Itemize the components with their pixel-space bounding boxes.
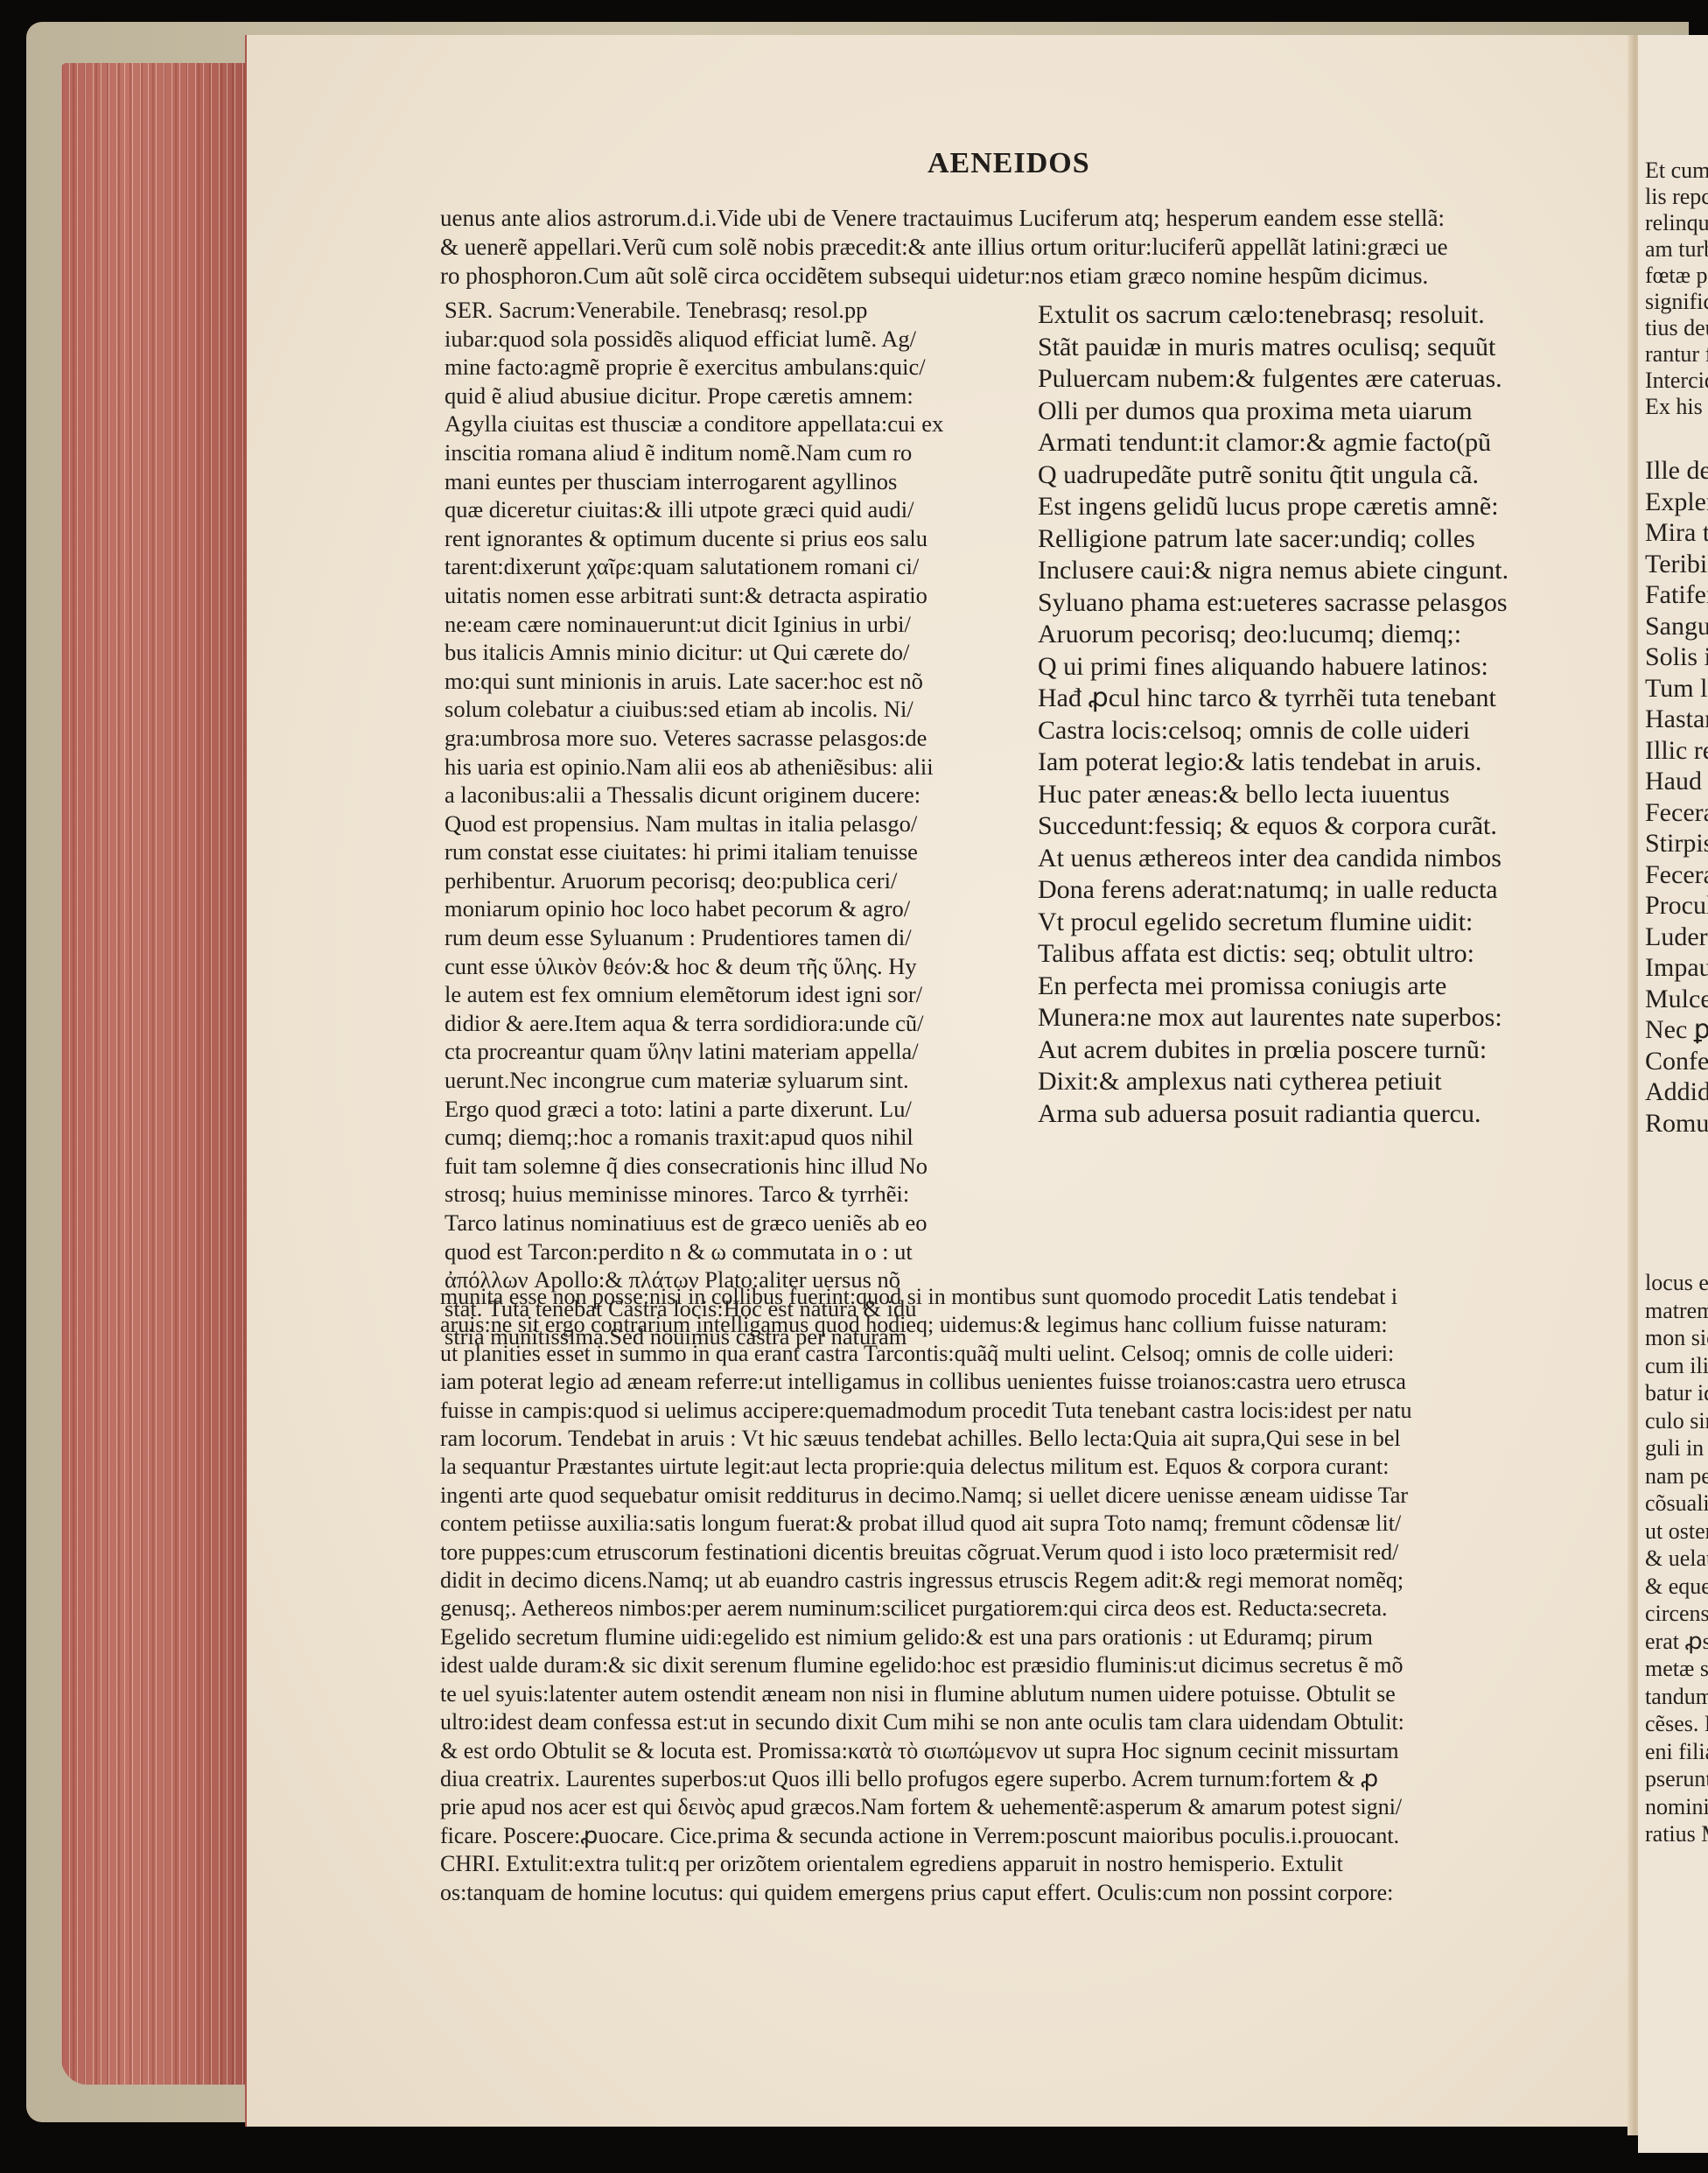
verse-line: Syluano phama est:ueteres sacrasse pelas… bbox=[1038, 587, 1615, 620]
commentary-line: rent ignorantes & optimum ducente si pri… bbox=[444, 524, 1039, 553]
facing-page-line: cõsualibu bbox=[1645, 1490, 1708, 1518]
commentary-line: & est ordo Obtulit se & locuta est. Prom… bbox=[440, 1737, 1617, 1765]
top-commentary-line: & uenerẽ appellari.Verũ cum solẽ nobis p… bbox=[440, 233, 1613, 262]
facing-page-line: guli in su bbox=[1645, 1434, 1708, 1462]
verse-line: Aut acrem dubites in prœlia poscere turn… bbox=[1038, 1034, 1615, 1067]
facing-page-line: nam pert bbox=[1645, 1462, 1708, 1490]
facing-page-line: erat ꝓsen bbox=[1645, 1628, 1708, 1656]
facing-page-line: Nec ꝑo bbox=[1645, 1014, 1708, 1046]
commentary-line: genusq;. Aethereos nimbos:per aerem numi… bbox=[440, 1595, 1617, 1623]
commentary-line: cumq; diemq;:hoc a romanis traxit:apud q… bbox=[444, 1123, 1039, 1152]
facing-page-line: metæ sur bbox=[1645, 1655, 1708, 1683]
facing-page-line: Ludere bbox=[1645, 922, 1708, 953]
commentary-line: SER. Sacrum:Venerabile. Tenebrasq; resol… bbox=[444, 296, 1039, 325]
facing-page-line: relinque bbox=[1645, 210, 1708, 236]
facing-page-line: Tum le bbox=[1645, 673, 1708, 704]
verse-line: Dixit:& amplexus nati cytherea petiuit bbox=[1038, 1066, 1615, 1098]
facing-page-line: Teribil bbox=[1645, 549, 1708, 580]
commentary-line: ne:eam cære nominauerunt:ut dicit Iginiu… bbox=[444, 610, 1039, 639]
commentary-line: perhibentur. Aruorum pecorisq; deo:publi… bbox=[444, 866, 1039, 895]
commentary-line: ut planities esset in summo in qua erant… bbox=[440, 1340, 1617, 1368]
verse-line: Dona ferens aderat:natumq; in ualle redu… bbox=[1038, 874, 1615, 907]
facing-page-line: Fecerat bbox=[1645, 797, 1708, 829]
commentary-line: tore puppes:cum etruscorum festinationi … bbox=[440, 1539, 1617, 1567]
commentary-line: uerunt.Nec incongrue cum materiæ syluaru… bbox=[444, 1066, 1039, 1095]
commentary-line: iubar:quod sola possidẽs aliquod efficia… bbox=[444, 325, 1039, 354]
facing-page-line: Hastan bbox=[1645, 704, 1708, 735]
facing-page-line: cum iliac bbox=[1645, 1352, 1708, 1380]
verse-line: Est ingens gelidũ lucus prope cæretis am… bbox=[1038, 491, 1615, 523]
verse-line: Q ui primi fines aliquando habuere latin… bbox=[1038, 651, 1615, 683]
facing-page-line: ratius M bbox=[1645, 1820, 1708, 1848]
facing-page-line: Intercide bbox=[1645, 368, 1708, 394]
facing-page-line: ut ostend bbox=[1645, 1518, 1708, 1546]
commentary-line: solum colebatur a ciuibus:sed etiam ab i… bbox=[444, 695, 1039, 724]
commentary-line: bus italicis Amnis minio dicitur: ut Qui… bbox=[444, 638, 1039, 667]
commentary-line: a laconibus:alii a Thessalis dicunt orig… bbox=[444, 781, 1039, 810]
verse-line: At uenus æthereos inter dea candida nimb… bbox=[1038, 843, 1615, 875]
commentary-line: Agylla ciuitas est thusciæ a conditore a… bbox=[444, 410, 1039, 438]
commentary-line: fuit tam solemne q̃ dies consecrationis … bbox=[444, 1152, 1039, 1181]
facing-page-top-prose: Et cumlis repcurelinqueam turbfœtæ posig… bbox=[1645, 158, 1708, 420]
commentary-line: his uaria est opinio.Nam alii eos ab ath… bbox=[444, 753, 1039, 782]
facing-page-line: Illic res bbox=[1645, 735, 1708, 767]
commentary-line: cunt esse ὑλικὸν θεόν:& hoc & deum τῆς ὕ… bbox=[444, 952, 1039, 981]
facing-page-line: locus enr bbox=[1645, 1269, 1708, 1297]
commentary-line: munita esse non posse:nisi in collibus f… bbox=[440, 1283, 1617, 1311]
commentary-line: inscitia romana aliud ẽ inditum nomẽ.Nam… bbox=[444, 438, 1039, 467]
commentary-line: fuisse in campis:quod si uelimus acciper… bbox=[440, 1397, 1617, 1425]
commentary-line: ram locorum. Tendebat in aruis : Vt hic … bbox=[440, 1425, 1617, 1453]
facing-page-line: batur ide bbox=[1645, 1379, 1708, 1407]
facing-page-line: Ex his ap bbox=[1645, 394, 1708, 420]
commentary-line: moniarum opinio hoc loco habet pecorum &… bbox=[444, 894, 1039, 923]
facing-page-line: Ille dea bbox=[1645, 455, 1708, 487]
commentary-line: gra:umbrosa more suo. Veteres sacrasse p… bbox=[444, 724, 1039, 753]
facing-page-line: Fatiferu bbox=[1645, 579, 1708, 611]
facing-page-bottom-prose: locus enrmatrem:mon sic ccum iliacbatur … bbox=[1645, 1269, 1708, 1848]
commentary-line: didior & aere.Item aqua & terra sordidio… bbox=[444, 1009, 1039, 1038]
facing-page-line: eni filias bbox=[1645, 1738, 1708, 1766]
verse-column: Extulit os sacrum cælo:tenebrasq; resolu… bbox=[1038, 299, 1615, 1130]
commentary-line: te uel syuis:latenter autem ostendit æne… bbox=[440, 1680, 1617, 1708]
facing-page-line: cẽses. R bbox=[1645, 1710, 1708, 1738]
verse-line: Arma sub aduersa posuit radiantia quercu… bbox=[1038, 1098, 1615, 1131]
verse-line: Huc pater æneas:& bello lecta iuuentus bbox=[1038, 779, 1615, 811]
facing-page-line: Fecerat bbox=[1645, 859, 1708, 891]
verse-line: Olli per dumos qua proxima meta uiarum bbox=[1038, 396, 1615, 428]
facing-page-line: Confest bbox=[1645, 1046, 1708, 1077]
running-head: AENEIDOS bbox=[927, 147, 1090, 180]
top-commentary-line: uenus ante alios astrorum.d.i.Vide ubi d… bbox=[440, 204, 1613, 233]
verse-line: Munera:ne mox aut laurentes nate superbo… bbox=[1038, 1002, 1615, 1034]
commentary-line: quid ẽ aliud abusiue dicitur. Prope cære… bbox=[444, 382, 1039, 410]
commentary-line: diua creatrix. Laurentes superbos:ut Quo… bbox=[440, 1765, 1617, 1793]
facing-page-line: Mira tu bbox=[1645, 517, 1708, 549]
facing-page-line: culo sine bbox=[1645, 1407, 1708, 1435]
commentary-line: CHRI. Extulit:extra tulit:q per orizõtem… bbox=[440, 1850, 1617, 1878]
facing-page-line: am turb bbox=[1645, 236, 1708, 263]
verse-line: Aruorum pecorisq; deo:lucumq; diemq;: bbox=[1038, 619, 1615, 651]
facing-page-line: pserunt:c bbox=[1645, 1765, 1708, 1793]
commentary-line: mine facto:agmẽ proprie ẽ exercitus ambu… bbox=[444, 353, 1039, 382]
facing-page-line: Procul bbox=[1645, 890, 1708, 922]
commentary-line: quæ diceretur ciuitas:& illi utpote græc… bbox=[444, 495, 1039, 524]
verse-line: Inclusere caui:& nigra nemus abiete cing… bbox=[1038, 555, 1615, 587]
facing-page-line: tius deu bbox=[1645, 315, 1708, 341]
commentary-line: le autem est fex omnium elemẽtorum idest… bbox=[444, 980, 1039, 1009]
commentary-line: strosq; huius meminisse minores. Tarco &… bbox=[444, 1180, 1039, 1209]
commentary-line: uitatis nomen esse arbitrati sunt:& detr… bbox=[444, 581, 1039, 610]
commentary-line: quod est Tarcon:perdito n & ω commutata … bbox=[444, 1237, 1039, 1266]
verse-line: Iam poterat legio:& latis tendebat in ar… bbox=[1038, 747, 1615, 779]
facing-page-line: & uelata bbox=[1645, 1545, 1708, 1573]
commentary-line: contem petiisse auxilia:satis longum fue… bbox=[440, 1510, 1617, 1538]
verse-line: Q uadrupedãte putrẽ sonitu q̃tit ungula … bbox=[1038, 459, 1615, 492]
commentary-line: Egelido secretum flumine uidi:egelido es… bbox=[440, 1623, 1617, 1651]
verse-line: Stãt pauidæ in muris matres oculisq; seq… bbox=[1038, 332, 1615, 364]
facing-page-line: rantur fi bbox=[1645, 341, 1708, 368]
commentary-line: aruis:ne sit ergo contrarium intelligamu… bbox=[440, 1311, 1617, 1339]
commentary-line: os:tanquam de homine locutus: qui quidem… bbox=[440, 1879, 1617, 1907]
bottom-commentary: munita esse non posse:nisi in collibus f… bbox=[440, 1283, 1617, 1907]
facing-page-line: Addide bbox=[1645, 1076, 1708, 1108]
verse-line: Armati tendunt:it clamor:& agmie facto(p… bbox=[1038, 427, 1615, 459]
facing-page-line: Impau bbox=[1645, 952, 1708, 984]
facing-page-line: & eques bbox=[1645, 1573, 1708, 1601]
commentary-line: mo:qui sunt minionis in aruis. Late sace… bbox=[444, 667, 1039, 696]
facing-page-line: Solis in bbox=[1645, 641, 1708, 673]
facing-page-line: nominib bbox=[1645, 1793, 1708, 1821]
verse-line: Extulit os sacrum cælo:tenebrasq; resolu… bbox=[1038, 299, 1615, 332]
facing-page-line: circensib bbox=[1645, 1600, 1708, 1628]
verse-line: Hađ ꝓcul hinc tarco & tyrrhẽi tuta teneb… bbox=[1038, 683, 1615, 715]
facing-page-line: Romul bbox=[1645, 1108, 1708, 1139]
commentary-line: iam poterat legio ad æneam referre:ut in… bbox=[440, 1368, 1617, 1396]
commentary-line: cta procreantur quam ὕλην latini materia… bbox=[444, 1037, 1039, 1066]
facing-page-line: lis repcu bbox=[1645, 184, 1708, 210]
facing-page-line: Stirpis bbox=[1645, 828, 1708, 859]
commentary-line: ultro:idest deam confessa est:ut in secu… bbox=[440, 1708, 1617, 1736]
facing-page-line: significã bbox=[1645, 289, 1708, 315]
commentary-line: Quod est propensius. Nam multas in itali… bbox=[444, 810, 1039, 838]
facing-page-line: matrem: bbox=[1645, 1297, 1708, 1325]
facing-page-line: Expler bbox=[1645, 487, 1708, 518]
commentary-line: ficare. Poscere:ꝓuocare. Cice.prima & se… bbox=[440, 1822, 1617, 1850]
verse-line: Vt procul egelido secretum flumine uidit… bbox=[1038, 907, 1615, 939]
commentary-column: SER. Sacrum:Venerabile. Tenebrasq; resol… bbox=[444, 296, 1039, 1351]
commentary-line: rum constat esse ciuitates: hi primi ita… bbox=[444, 838, 1039, 866]
verse-line: Castra locis:celsoq; omnis de colle uide… bbox=[1038, 715, 1615, 747]
verse-line: En perfecta mei promissa coniugis arte bbox=[1038, 971, 1615, 1003]
facing-page-line: tandum bbox=[1645, 1683, 1708, 1711]
red-page-edges bbox=[61, 63, 245, 2085]
top-commentary-line: ro phosphoron.Cum aũt solẽ circa occidẽt… bbox=[440, 262, 1613, 291]
facing-page-line: fœtæ po bbox=[1645, 263, 1708, 289]
commentary-line: Tarco latinus nominatiuus est de græco u… bbox=[444, 1209, 1039, 1237]
commentary-line: mani euntes per thusciam interrogarent a… bbox=[444, 467, 1039, 496]
facing-page-verse: Ille deaExplerMira tuTeribilFatiferuSang… bbox=[1645, 455, 1708, 1139]
commentary-line: rum deum esse Syluanum : Prudentiores ta… bbox=[444, 923, 1039, 952]
commentary-line: la sequantur Præstantes uirtute legit:au… bbox=[440, 1453, 1617, 1481]
verse-line: Relligione patrum late sacer:undiq; coll… bbox=[1038, 523, 1615, 556]
facing-page-line: Mulcer bbox=[1645, 984, 1708, 1015]
facing-page-line: Sangui bbox=[1645, 611, 1708, 642]
commentary-line: didit in decimo dicens.Namq; ut ab euand… bbox=[440, 1567, 1617, 1595]
verse-line: Succedunt:fessiq; & equos & corpora curã… bbox=[1038, 810, 1615, 843]
verse-line: Talibus affata est dictis: seq; obtulit … bbox=[1038, 938, 1615, 971]
commentary-line: idest ualde duram:& sic dixit serenum fl… bbox=[440, 1651, 1617, 1679]
commentary-line: prie apud nos acer est qui δεινὸς apud g… bbox=[440, 1793, 1617, 1821]
verse-line: Puluercam nubem:& fulgentes ære cateruas… bbox=[1038, 363, 1615, 396]
facing-page-line: Et cum bbox=[1645, 158, 1708, 184]
commentary-line: Ergo quod græci a toto: latini a parte d… bbox=[444, 1095, 1039, 1124]
commentary-line: tarent:dixerunt χαῖρε:quam salutationem … bbox=[444, 552, 1039, 581]
facing-page-line: Haud u bbox=[1645, 766, 1708, 797]
commentary-line: ingenti arte quod sequebatur omisit redd… bbox=[440, 1482, 1617, 1510]
facing-page-line: mon sic c bbox=[1645, 1324, 1708, 1352]
